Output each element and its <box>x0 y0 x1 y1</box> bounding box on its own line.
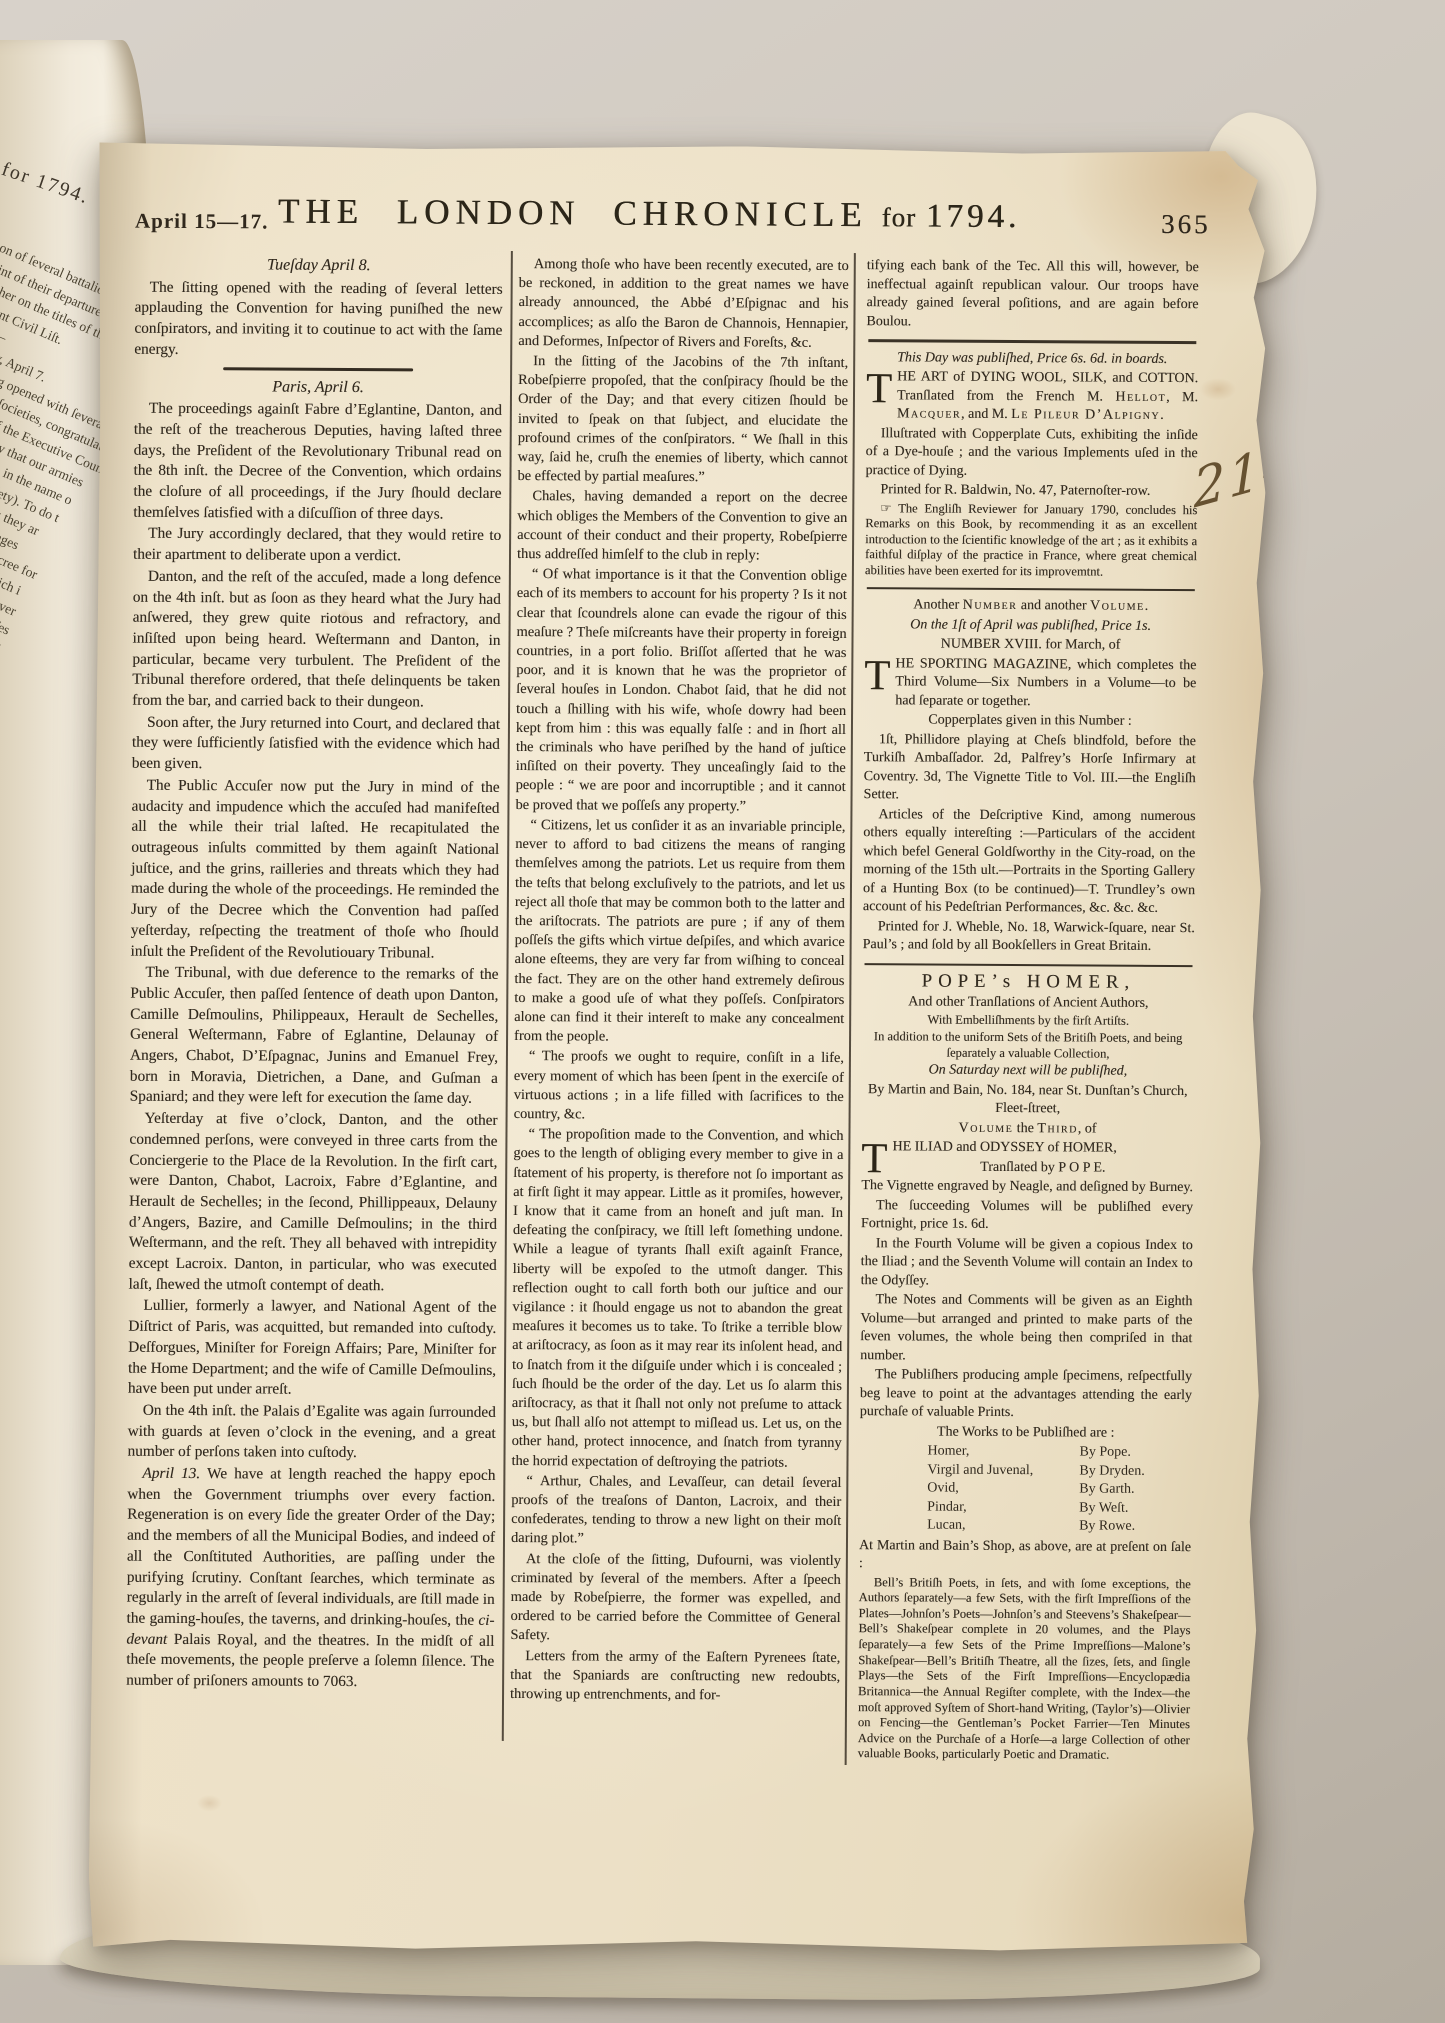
paragraph: By Martin and Bain, No. 184, near St. Du… <box>862 1081 1194 1120</box>
paragraph: Bell’s Britiſh Poets, in ſets, and with … <box>858 1575 1191 1764</box>
newspaper-page-wrap: April 15—17. THE LONDON CHRONICLEfor1794… <box>94 146 1262 1952</box>
work-title: Virgil and Juvenal, <box>927 1461 1079 1480</box>
paragraph: Chales, having demanded a report on the … <box>517 487 847 566</box>
paragraph: Yeſterday at five o’clock, Danton, and t… <box>128 1109 497 1298</box>
section-divider <box>223 367 413 371</box>
advert-lead-paragraph: THE ART of DYING WOOL, SILK, and COTTON.… <box>866 368 1198 426</box>
works-list-row: Virgil and Juvenal,By Dryden. <box>927 1461 1191 1481</box>
paragraph-lead-date: April 13. <box>142 1465 200 1482</box>
paragraph: The Works to be Publiſhed are : <box>860 1423 1192 1444</box>
article-dateline: Tueſday April 8. <box>135 255 503 278</box>
paragraph: The Tribunal, with due deference to the … <box>130 963 499 1110</box>
handwritten-inventory-number: 214 <box>1193 430 1299 521</box>
page-number: 365 <box>1161 209 1211 240</box>
article-dateline: Paris, April 6. <box>134 376 502 399</box>
paragraph: On the 4th inſt. the Palais d’Egalite wa… <box>127 1401 495 1465</box>
work-title: Ovid, <box>927 1480 1079 1499</box>
paragraph: April 13. We have at length reached the … <box>126 1464 495 1694</box>
works-list: Homer,By Pope.Virgil and Juvenal,By Dryd… <box>927 1443 1192 1537</box>
section-divider <box>867 587 1195 592</box>
paragraph: “ Citizens, let us conſider it as an inv… <box>514 816 845 1048</box>
newspaper-page: April 15—17. THE LONDON CHRONICLEfor1794… <box>88 142 1267 1955</box>
paragraph: “ Arthur, Chales, and Levaſſeur, can det… <box>511 1472 841 1551</box>
works-list-row: Pindar,By Weſt. <box>927 1498 1191 1518</box>
paragraph: Letters from the army of the Eaſtern Pyr… <box>510 1647 840 1707</box>
paragraph: POPE’s HOMER, <box>862 972 1194 993</box>
photo-background: for 1794.April 1 on of ſeveral battalion… <box>0 0 1445 2023</box>
paragraph: At Martin and Bain’s Shop, as above, are… <box>859 1537 1191 1576</box>
column-2: Among thoſe who have been recently execu… <box>510 255 849 1707</box>
paragraph: Danton, and the reſt of the accuſed, mad… <box>132 567 501 714</box>
section-divider <box>868 339 1196 344</box>
column-1: Tueſday April 8.The ſitting opened with … <box>126 253 503 1695</box>
drop-cap: T <box>866 368 897 406</box>
paragraph: The Vignette engraved by Neagle, and deſ… <box>861 1177 1193 1198</box>
previous-page-header-text: for 1794. <box>0 158 92 209</box>
paragraph: Soon after, the Jury returned into Court… <box>132 712 500 776</box>
work-author: By Dryden. <box>1079 1462 1144 1481</box>
drop-cap: T <box>864 655 895 693</box>
masthead: THE LONDON CHRONICLEfor1794. <box>229 191 1069 236</box>
paragraph: Lullier, formerly a lawyer, and National… <box>128 1296 497 1402</box>
paragraph: Illuſtrated with Copperplate Cuts, exhib… <box>865 425 1197 483</box>
drop-cap: T <box>861 1138 892 1176</box>
work-author: By Pope. <box>1079 1444 1130 1463</box>
paragraph: “ The propoſition made to the Convention… <box>511 1125 843 1473</box>
paragraph: Among thoſe who have been recently execu… <box>518 255 849 353</box>
paragraph: Volume the Third, of <box>861 1119 1193 1140</box>
paragraph: tifying each bank of the Tec. All this w… <box>866 257 1198 333</box>
paragraph: Articles of the Deſcriptive Kind, among … <box>863 806 1196 919</box>
work-author: By Weſt. <box>1079 1499 1128 1518</box>
paragraph: Tranſlated by P O P E. <box>861 1158 1193 1179</box>
paragraph: The Notes and Comments will be given as … <box>860 1291 1192 1367</box>
paragraph: Another Number and another Volume. <box>865 596 1197 617</box>
works-list-row: Ovid,By Garth. <box>927 1480 1191 1500</box>
paragraph: The ſucceeding Volumes will be publiſhed… <box>861 1197 1193 1236</box>
paragraph: In the Fourth Volume will be given a cop… <box>861 1235 1193 1293</box>
paragraph: The proceedings againſt Fabre d’Eglantin… <box>133 399 502 525</box>
column-3: tifying each bank of the Tec. All this w… <box>858 257 1199 1765</box>
paragraph: “ The proofs we ought to require, conſiſ… <box>514 1047 844 1126</box>
paragraph: The Publiſhers producing ample ſpecimens… <box>860 1366 1192 1424</box>
advert-lead-paragraph: THE ILIAD and ODYSSEY of HOMER, <box>861 1138 1193 1159</box>
paragraph: In the ſitting of the Jacobins of the 7t… <box>517 352 848 488</box>
masthead-year: 1794. <box>926 198 1020 235</box>
paragraph: On the 1ſt of April was publiſhed, Price… <box>865 616 1197 637</box>
paragraph: “ Of what importance is it that the Conv… <box>515 565 847 817</box>
paragraph: Printed for J. Wheble, No. 18, Warwick-ſ… <box>863 918 1195 957</box>
masthead-title: THE LONDON CHRONICLE <box>278 192 868 235</box>
paragraph: ☞ The Engliſh Reviewer for January 1790,… <box>865 501 1197 581</box>
paragraph: 1ſt, Phillidore playing at Cheſs blindfo… <box>863 731 1195 807</box>
paragraph: The ſitting opened with the reading of ſ… <box>134 277 502 362</box>
paragraph: On Saturday next will be publiſhed, <box>862 1061 1194 1082</box>
paragraph: The Jury accordingly declared, that they… <box>133 524 501 568</box>
works-list-row: Homer,By Pope. <box>927 1443 1191 1463</box>
paragraph: In addition to the uniform Sets of the B… <box>862 1029 1194 1062</box>
masthead-for: for <box>881 202 916 232</box>
paragraph: With Embelliſhments by the firſt Artiſts… <box>862 1012 1194 1030</box>
paragraph: And other Tranſlations of Ancient Author… <box>862 993 1194 1014</box>
advert-lead-paragraph: THE SPORTING MAGAZINE, which completes t… <box>864 655 1196 713</box>
work-author: By Rowe. <box>1079 1518 1135 1537</box>
work-title: Pindar, <box>927 1498 1079 1517</box>
works-list-row: Lucan,By Rowe. <box>927 1517 1191 1537</box>
work-author: By Garth. <box>1079 1481 1134 1500</box>
paragraph: Copperplates given in this Number : <box>864 711 1196 732</box>
work-title: Homer, <box>927 1443 1079 1462</box>
work-title: Lucan, <box>927 1517 1079 1536</box>
section-divider <box>865 963 1193 968</box>
paragraph: At the cloſe of the ſitting, Dufourni, w… <box>510 1550 841 1648</box>
paragraph: The Public Accuſer now put the Jury in m… <box>131 776 500 965</box>
paragraph: NUMBER XVIII. for March, of <box>864 635 1196 656</box>
paragraph: Printed for R. Baldwin, No. 47, Paternoſ… <box>865 481 1197 502</box>
paragraph: This Day was publiſhed, Price 6s. 6d. in… <box>866 349 1198 370</box>
